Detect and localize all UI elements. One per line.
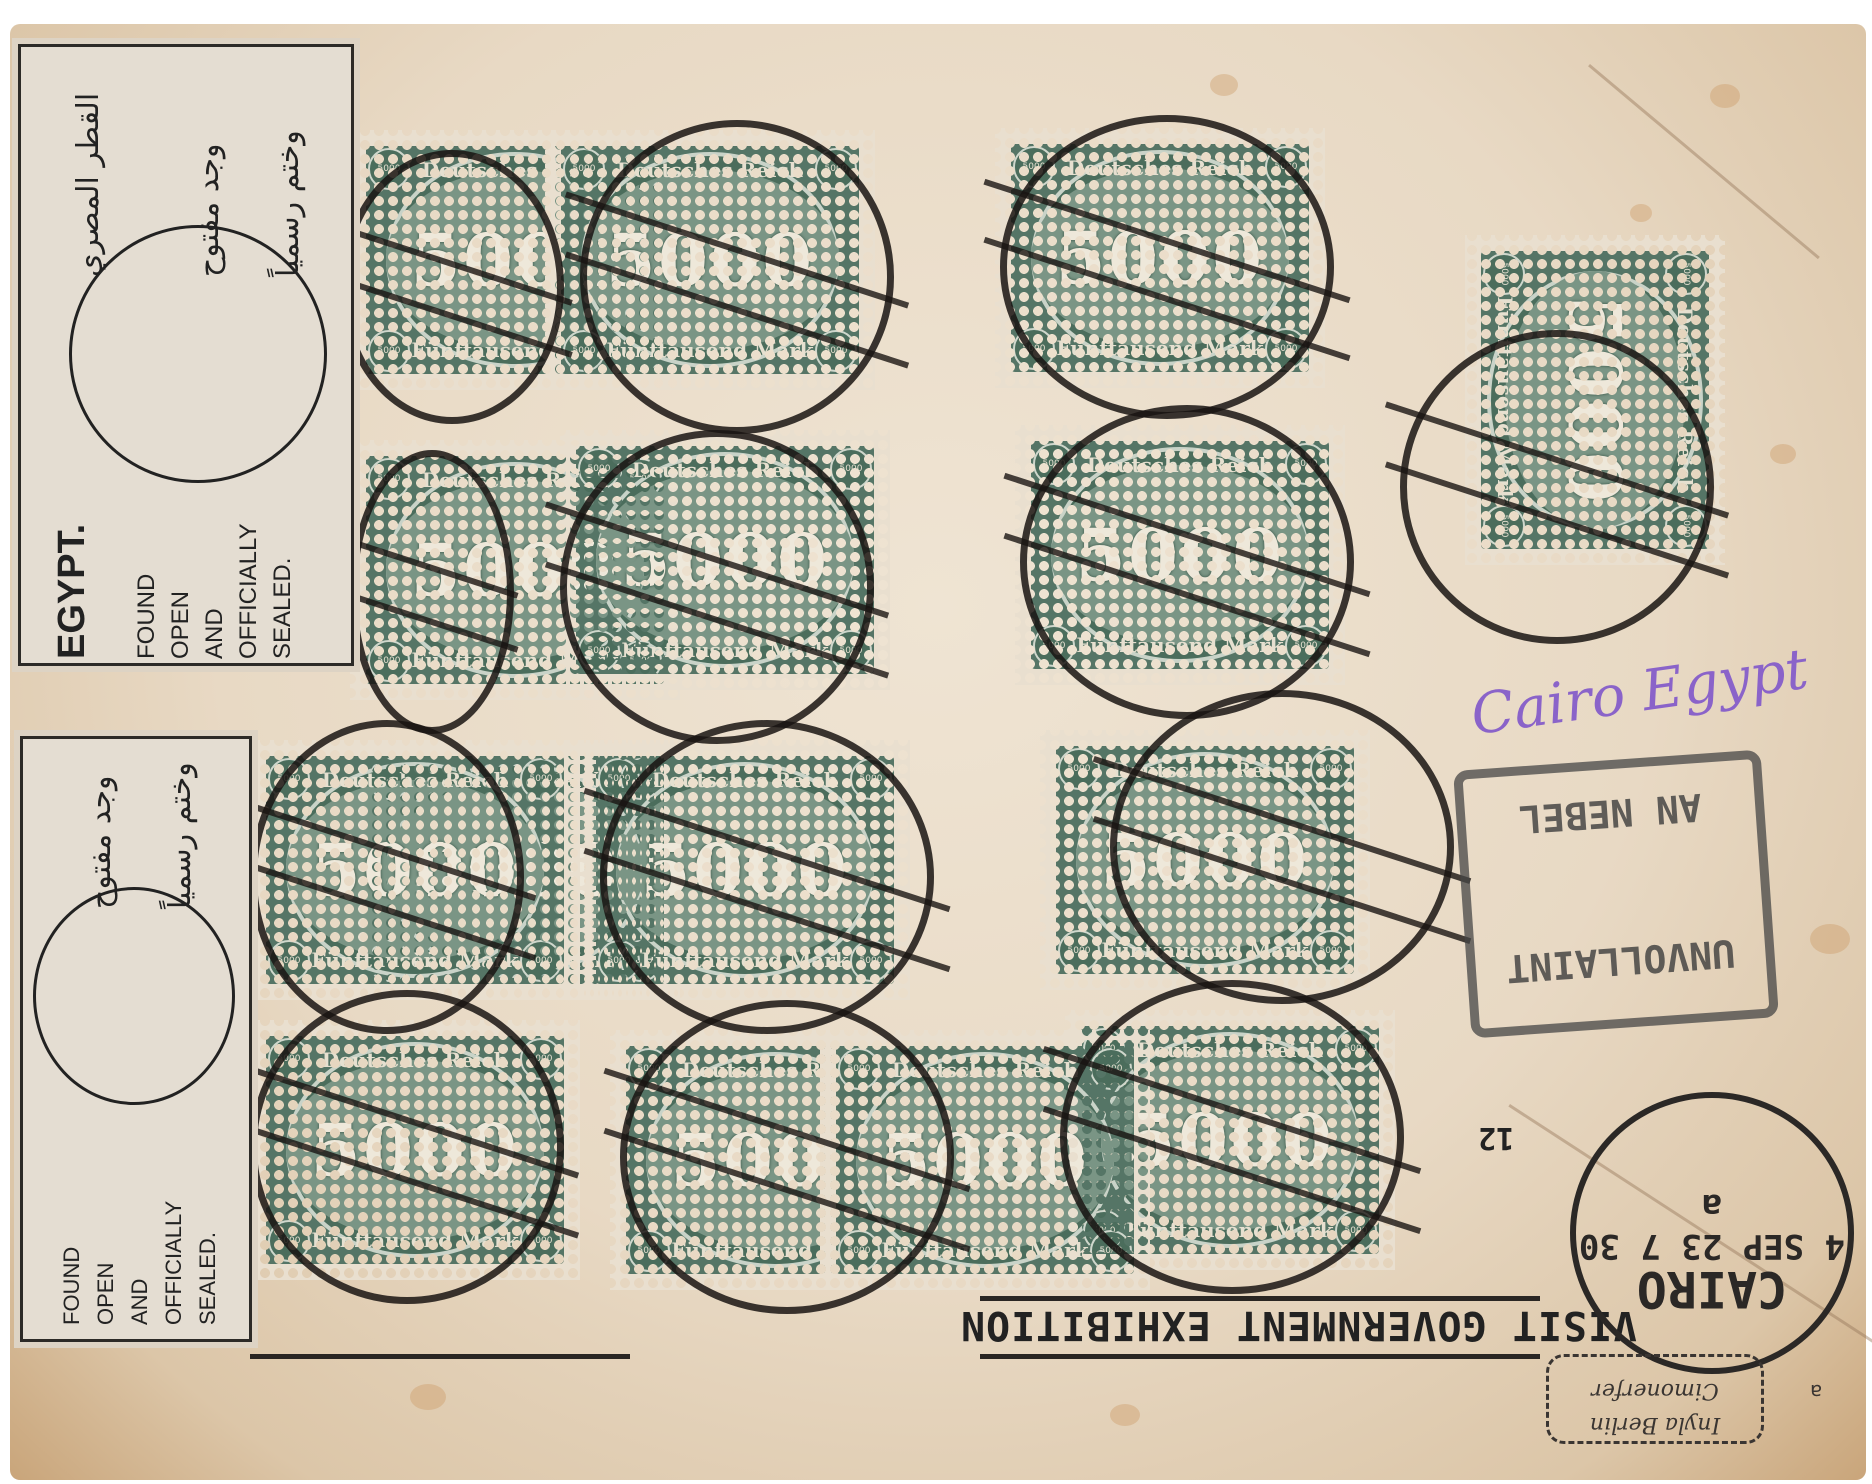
envelope-photo: 5000500050005000Deutsches Reich5000Fünft… (0, 0, 1872, 1484)
label-line: AND (201, 608, 229, 659)
postmark-bar (603, 1128, 970, 1252)
circular-postmark (1020, 405, 1354, 719)
postmark-bar (545, 562, 889, 679)
seal-circle (33, 887, 235, 1105)
label-line: OFFICIALLY (161, 1201, 187, 1325)
postmark-bar (583, 848, 950, 972)
foxing-spot (1110, 1404, 1140, 1426)
postmark-bar (1093, 816, 1471, 944)
seal-circle (69, 225, 327, 483)
circular-postmark (250, 990, 564, 1304)
foxing-spot (410, 1384, 446, 1410)
envelope-flap-fold (1588, 64, 1820, 259)
postmark-bar (583, 788, 950, 912)
circular-postmark (620, 1000, 954, 1314)
machine-fragment: 12 (1478, 1120, 1514, 1155)
postmark-bar (345, 537, 518, 598)
label-line: OPEN (93, 1263, 119, 1325)
circular-postmark (580, 120, 894, 434)
box-cancel-line: AN NEBEL (1464, 781, 1756, 845)
circular-postmark (560, 430, 874, 744)
egypt-seal-label-lower: وجد مفتوح وختم رسمياً FOUND OPEN AND OFF… (20, 736, 252, 1342)
postmark-bar (983, 237, 1350, 361)
foxing-spot (1770, 444, 1796, 464)
postmark-bar (238, 799, 537, 901)
foxing-spot (1810, 924, 1850, 954)
circular-postmark (250, 720, 524, 1034)
foxing-spot (1710, 84, 1740, 108)
postmark-bar (983, 179, 1350, 303)
postmark-bar (1385, 402, 1729, 519)
box-cancel-line: UNVOLLAINT (1474, 929, 1766, 993)
postmark-date: 4 SEP 23 7 30 a (1576, 1186, 1848, 1266)
label-arabic-text: القطر المصري (71, 93, 106, 277)
circular-postmark (350, 450, 514, 734)
circular-postmark (1060, 980, 1404, 1294)
postmark-bar (565, 192, 909, 309)
circular-postmark (1000, 115, 1334, 419)
circular-postmark (340, 150, 564, 424)
machine-slogan: VISIT GOVERNMENT EXHIBITION (960, 1302, 1637, 1348)
label-line: OPEN (167, 591, 195, 659)
postmark-bar (603, 1068, 970, 1192)
circular-postmark (600, 720, 934, 1034)
circular-postmark (1110, 690, 1454, 1004)
postmark-bar (1043, 1046, 1421, 1174)
machine-cancel-line (980, 1296, 1540, 1301)
circular-postmark (1400, 330, 1714, 644)
postmark-bar (545, 502, 889, 619)
foxing-spot (1630, 204, 1652, 222)
postmark-bar (235, 1122, 579, 1239)
postmark-bar (331, 274, 573, 358)
postmark-bar (1003, 473, 1370, 597)
label-line: SEALED. (195, 1232, 221, 1325)
postmark-bar (1003, 533, 1370, 657)
postmark-bar (565, 252, 909, 369)
cairo-postmark: 4 SEP 23 7 30 a CAIRO (1570, 1092, 1854, 1374)
postmark-city: CAIRO (1576, 1260, 1848, 1318)
postmark-bar (345, 591, 518, 652)
label-line: AND (127, 1279, 153, 1325)
label-line: FOUND (133, 574, 161, 659)
postmark-bar (1093, 756, 1471, 884)
egypt-seal-label-upper: القطر المصري وجد مفتوح وختم رسمياً EGYPT… (18, 44, 354, 666)
label-country: EGYPT. (51, 524, 94, 659)
printer-mark: a (1810, 1380, 1822, 1404)
label-arabic-text: وختم رسمياً (163, 762, 198, 909)
postmark-bar (1385, 462, 1729, 579)
registration-box-cancel: AN NEBEL UNVOLLAINT (1453, 750, 1779, 1039)
label-line: OFFICIALLY (235, 523, 263, 659)
machine-cancel-line (980, 1354, 1540, 1359)
postmark-bar (1043, 1106, 1421, 1234)
printer-imprint: Inyla Berlin Cimonerfer (1546, 1354, 1764, 1444)
postmark-bar (235, 1062, 579, 1179)
label-line: FOUND (59, 1247, 85, 1325)
label-line: SEALED. (269, 558, 297, 659)
postmark-bar (238, 859, 537, 961)
machine-cancel-line (250, 1354, 630, 1359)
foxing-spot (1210, 74, 1238, 96)
postmark-bar (331, 222, 573, 306)
